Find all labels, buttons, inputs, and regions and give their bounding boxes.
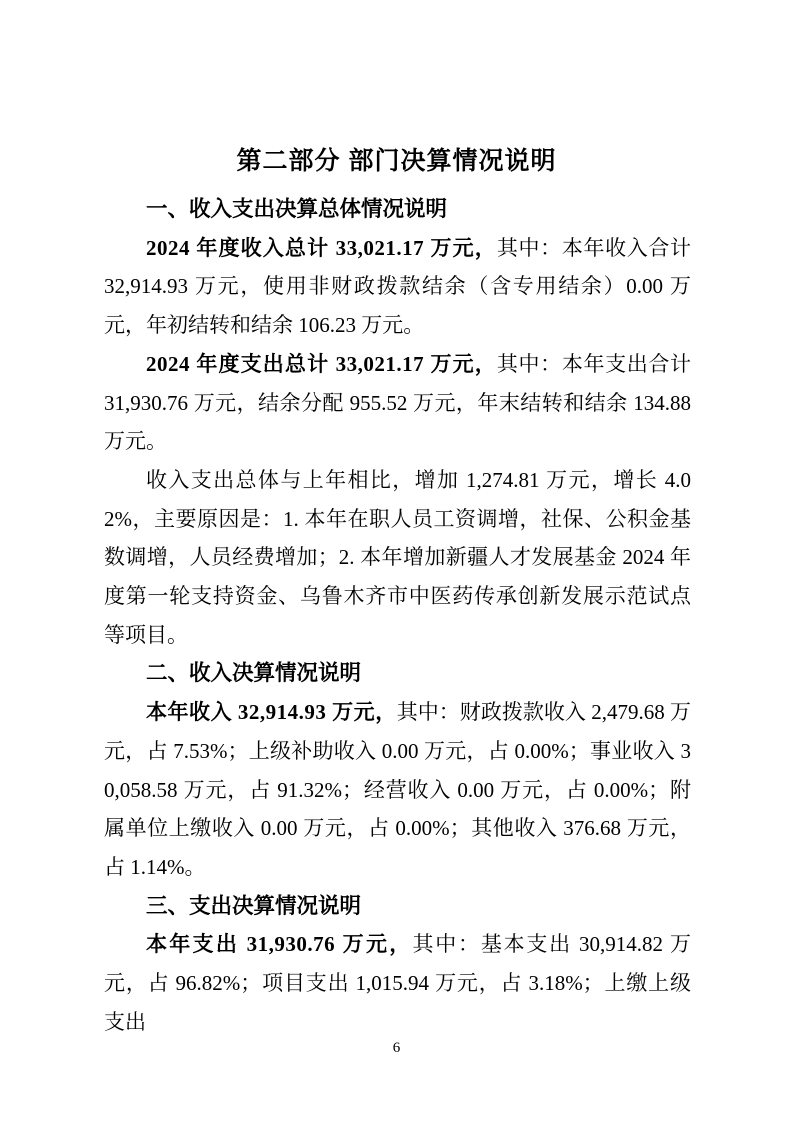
paragraph-yoy-comparison: 收入支出总体与上年相比，增加 1,274.81 万元，增长 4.02%，主要原因… bbox=[104, 461, 691, 655]
paragraph-body-income-detail: 其中：财政拨款收入 2,479.68 万元，占 7.53%；上级补助收入 0.0… bbox=[104, 700, 691, 879]
paragraph-lead-income-detail: 本年收入 32,914.93 万元， bbox=[146, 700, 397, 724]
paragraph-lead-income-total: 2024 年度收入总计 33,021.17 万元， bbox=[146, 236, 497, 260]
section-heading-3: 三、支出决算情况说明 bbox=[104, 887, 691, 926]
paragraph-income-detail: 本年收入 32,914.93 万元，其中：财政拨款收入 2,479.68 万元，… bbox=[104, 693, 691, 887]
paragraph-lead-expense-detail: 本年支出 31,930.76 万元， bbox=[146, 932, 413, 956]
document-page: 第二部分 部门决算情况说明 一、收入支出决算总体情况说明 2024 年度收入总计… bbox=[0, 0, 793, 1122]
document-content: 一、收入支出决算总体情况说明 2024 年度收入总计 33,021.17 万元，… bbox=[104, 190, 691, 1041]
paragraph-lead-expense-total: 2024 年度支出总计 33,021.17 万元， bbox=[146, 352, 497, 376]
paragraph-expense-total: 2024 年度支出总计 33,021.17 万元，其中：本年支出合计 31,93… bbox=[104, 345, 691, 461]
paragraph-body-yoy-comparison: 收入支出总体与上年相比，增加 1,274.81 万元，增长 4.02%，主要原因… bbox=[104, 468, 691, 647]
document-title: 第二部分 部门决算情况说明 bbox=[0, 142, 793, 180]
paragraph-income-total: 2024 年度收入总计 33,021.17 万元，其中：本年收入合计 32,91… bbox=[104, 229, 691, 345]
page-number: 6 bbox=[0, 1038, 793, 1058]
section-heading-1: 一、收入支出决算总体情况说明 bbox=[104, 190, 691, 229]
paragraph-expense-detail: 本年支出 31,930.76 万元，其中：基本支出 30,914.82 万元，占… bbox=[104, 925, 691, 1041]
section-heading-2: 二、收入决算情况说明 bbox=[104, 654, 691, 693]
